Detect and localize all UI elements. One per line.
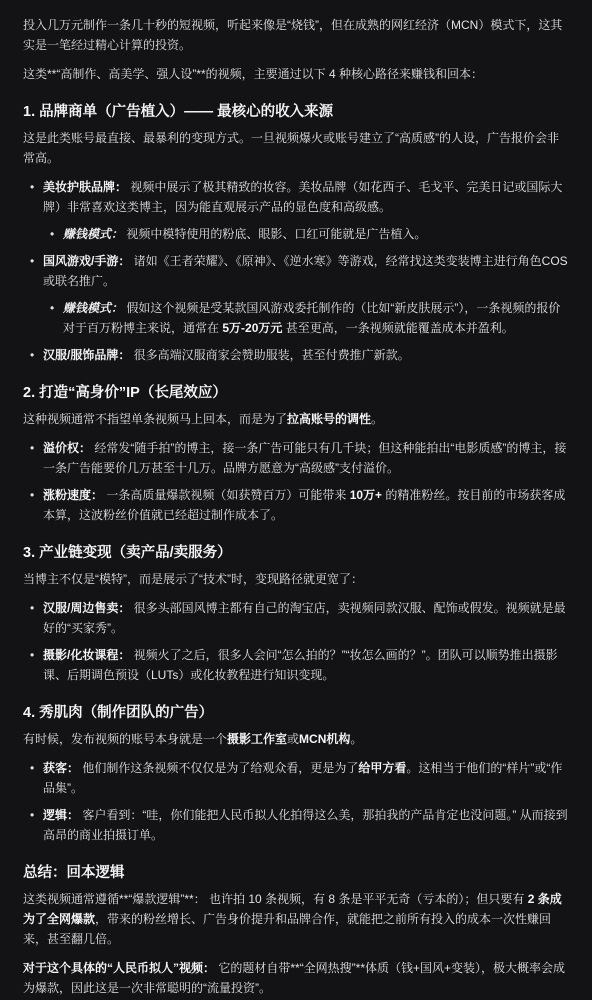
text-run: 客户看到：“哇，你们能把人民币拟人化拍得这么美，那拍我的产品肯定也没问题。” 从… [43,808,568,842]
text-run: ，带来的粉丝增长、广告身价提升和品牌合作，就能把之前所有投入的成本一次性赚回来，… [23,912,551,946]
section-heading-3: 3. 产业链变现（卖产品/卖服务） [23,542,570,564]
list-item: 获客： 他们制作这条视频不仅仅是为了给观众看，更是为了给甲方看。这相当于他们的“… [23,758,570,798]
summary-heading: 总结：回本逻辑 [23,862,570,884]
summary-paragraph-1: 这类视频通常遵循**“爆款逻辑”**： 也许拍 10 条视频，有 8 条是平平无… [23,889,570,949]
text-run: 经常发“随手拍”的博主，接一条广告可能只有几千块；但这种能拍出“电影质感”的博主… [43,441,566,475]
text-run: 当博主不仅是“模特”，而是展示了“技术”时，变现路径就更宽了： [23,572,363,586]
list-item: 国风游戏/手游： 诸如《王者荣耀》、《原神》、《逆水寒》等游戏，经常找这类变装博… [23,251,570,338]
section-2-paragraph: 这种视频通常不指望单条视频马上回本，而是为了拉高账号的调性。 [23,409,570,429]
chat-response-body: 投入几万元制作一条几十秒的短视频，听起来像是“烧钱”，但在成熟的网红经济（MCN… [0,0,592,998]
section-heading-4: 4. 秀肌肉（制作团队的广告） [23,702,570,724]
highlight-mcn: MCN机构 [299,732,350,746]
highlight-text: 拉高账号的调性 [287,412,371,426]
list-item: 美妆护肤品牌： 视频中展示了极其精致的妆容。美妆品牌（如花西子、毛戈平、完美日记… [23,177,570,244]
text-run: 。 [371,412,383,426]
item-label: 逻辑： [43,808,79,822]
sub-list-item: 赚钱模式： 假如这个视频是受某款国风游戏委托制作的（比如“新皮肤展示”），一条视… [43,298,570,338]
highlight-studio: 摄影工作室 [227,732,287,746]
section-4-paragraph: 有时候，发布视频的账号本身就是一个摄影工作室或MCN机构。 [23,729,570,749]
sub-list: 赚钱模式： 假如这个视频是受某款国风游戏委托制作的（比如“新皮肤展示”），一条视… [43,298,570,338]
item-label: 赚钱模式： [63,301,123,315]
section-heading-1: 1. 品牌商单（广告植入）—— 最核心的收入来源 [23,101,570,123]
text-run: 视频中模特使用的粉底、眼影、口红可能就是广告植入。 [123,227,426,241]
item-label: 溢价权： [43,441,91,455]
text-run: 这种视频通常不指望单条视频马上回本，而是为了 [23,412,287,426]
item-label: 赚钱模式： [63,227,123,241]
text-run: 一条高质量爆款视频（如获赞百万）可能带来 [103,488,350,502]
section-3-list: 汉服/周边售卖： 很多头部国风博主都有自己的淘宝店，卖视频同款汉服、配饰或假发。… [23,598,570,685]
sub-list: 赚钱模式： 视频中模特使用的粉底、眼影、口红可能就是广告植入。 [43,224,570,244]
text-run: 甚至更高，一条视频就能覆盖成本并盈利。 [282,321,513,335]
text-run: 这是此类账号最直接、最暴利的变现方式。一旦视频爆火或账号建立了“高质感”的人设，… [23,131,559,165]
text-run: 。 [350,732,362,746]
item-label: 汉服/周边售卖： [43,601,130,615]
summary-paragraph-2: 对于这个具体的“人民币拟人”视频： 它的题材自带**“全网热搜”**体质（钱+国… [23,958,570,998]
item-label: 美妆护肤品牌： [43,180,127,194]
item-label: 摄影/化妆课程： [43,648,130,662]
section-1-paragraph: 这是此类账号最直接、最暴利的变现方式。一旦视频爆火或账号建立了“高质感”的人设，… [23,128,570,168]
list-item: 汉服/服饰品牌： 很多高端汉服商家会赞助服装，甚至付费推广新款。 [23,345,570,365]
item-label: 涨粉速度： [43,488,103,502]
sub-list-item: 赚钱模式： 视频中模特使用的粉底、眼影、口红可能就是广告植入。 [43,224,570,244]
item-label: 国风游戏/手游： [43,254,130,268]
highlight-client: 给甲方看 [358,761,406,775]
item-label: 获客： [43,761,79,775]
text-run: 很多高端汉服商家会赞助服装，甚至付费推广新款。 [130,348,409,362]
highlight-followers: 10万+ [350,488,382,502]
intro-paragraph-1: 投入几万元制作一条几十秒的短视频，听起来像是“烧钱”，但在成熟的网红经济（MCN… [23,15,570,55]
item-label: 汉服/服饰品牌： [43,348,130,362]
text-run: 他们制作这条视频不仅仅是为了给观众看，更是为了 [79,761,358,775]
list-item: 涨粉速度： 一条高质量爆款视频（如获赞百万）可能带来 10万+ 的精准粉丝。按目… [23,485,570,525]
intro-paragraph-2: 这类**“高制作、高美学、强人设”**的视频，主要通过以下 4 种核心路径来赚钱… [23,64,570,84]
section-1-list: 美妆护肤品牌： 视频中展示了极其精致的妆容。美妆品牌（如花西子、毛戈平、完美日记… [23,177,570,365]
text-run: 或 [287,732,299,746]
text-run: 这类视频通常遵循**“爆款逻辑”**： 也许拍 10 条视频，有 8 条是平平无… [23,892,528,906]
highlight-video-topic: 对于这个具体的“人民币拟人”视频： [23,961,215,975]
list-item: 逻辑： 客户看到：“哇，你们能把人民币拟人化拍得这么美，那拍我的产品肯定也没问题… [23,805,570,845]
list-item: 汉服/周边售卖： 很多头部国风博主都有自己的淘宝店，卖视频同款汉服、配饰或假发。… [23,598,570,638]
section-3-paragraph: 当博主不仅是“模特”，而是展示了“技术”时，变现路径就更宽了： [23,569,570,589]
highlight-price: 5万-20万元 [222,321,282,335]
list-item: 摄影/化妆课程： 视频火了之后，很多人会问“怎么拍的？”“妆怎么画的？”。团队可… [23,645,570,685]
section-2-list: 溢价权： 经常发“随手拍”的博主，接一条广告可能只有几千块；但这种能拍出“电影质… [23,438,570,525]
section-4-list: 获客： 他们制作这条视频不仅仅是为了给观众看，更是为了给甲方看。这相当于他们的“… [23,758,570,845]
section-heading-2: 2. 打造“高身价”IP（长尾效应） [23,382,570,404]
text-run: 有时候，发布视频的账号本身就是一个 [23,732,227,746]
list-item: 溢价权： 经常发“随手拍”的博主，接一条广告可能只有几千块；但这种能拍出“电影质… [23,438,570,478]
